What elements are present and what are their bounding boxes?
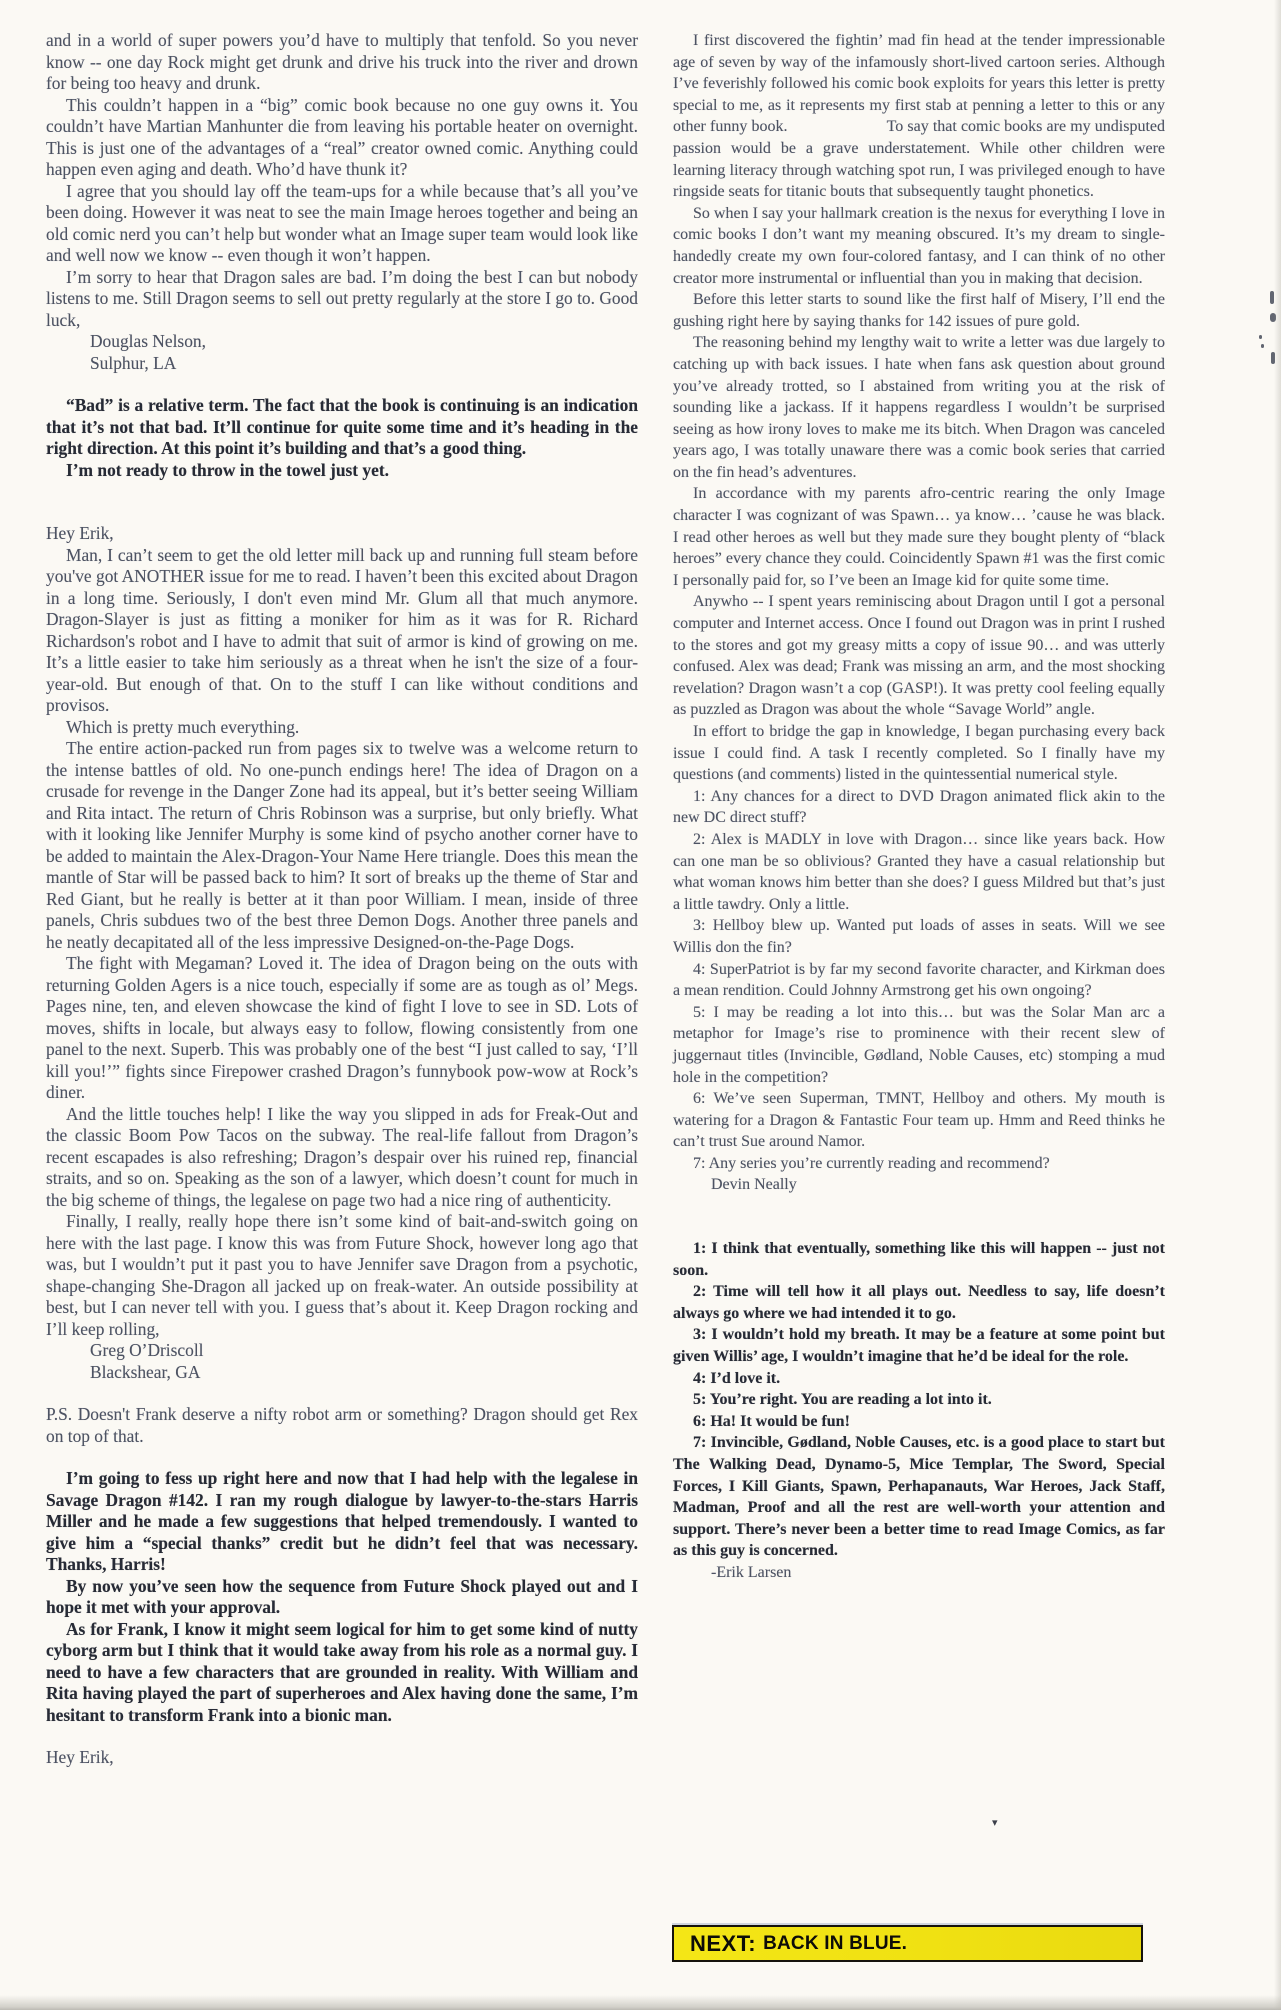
paragraph: 5: I may be reading a lot into this… but… — [673, 1002, 1165, 1088]
paragraph: The fight with Megaman? Loved it. The id… — [46, 953, 638, 1104]
paragraph: The reasoning behind my lengthy wait to … — [673, 332, 1165, 483]
paragraph: As for Frank, I know it might seem logic… — [46, 1619, 638, 1727]
paragraph: I’m sorry to hear that Dragon sales are … — [46, 267, 638, 332]
paragraph: By now you’ve seen how the sequence from… — [46, 1576, 638, 1619]
paragraph: In effort to bridge the gap in knowledge… — [673, 721, 1165, 786]
signature-line: Greg O’Driscoll — [46, 1340, 638, 1362]
paragraph: 6: We’ve seen Superman, TMNT, Hellboy an… — [673, 1088, 1165, 1153]
section-gap — [46, 1383, 638, 1404]
section-gap — [46, 1447, 638, 1468]
paragraph: I’m going to fess up right here and now … — [46, 1468, 638, 1576]
paragraph: Which is pretty much everything. — [46, 717, 638, 739]
left-text-column: and in a world of super powers you’d hav… — [46, 30, 638, 1769]
paragraph: Before this letter starts to sound like … — [673, 289, 1165, 332]
paragraph: “Bad” is a relative term. The fact that … — [46, 395, 638, 460]
paragraph: 7: Any series you’re currently reading a… — [673, 1153, 1165, 1175]
paragraph: Finally, I really, really hope there isn… — [46, 1211, 638, 1340]
paragraph: This couldn’t happen in a “big” comic bo… — [46, 95, 638, 181]
paragraph: 2: Time will tell how it all plays out. … — [673, 1281, 1165, 1324]
paragraph: 4: SuperPatriot is by far my second favo… — [673, 959, 1165, 1002]
paragraph: 3: Hellboy blew up. Wanted put loads of … — [673, 915, 1165, 958]
next-label: NEXT: — [690, 1931, 756, 1957]
paragraph: 6: Ha! It would be fun! — [673, 1411, 1165, 1433]
section-gap — [46, 481, 638, 523]
page-edge-right — [1274, 0, 1281, 2010]
paragraph: 4: I’d love it. — [673, 1368, 1165, 1390]
signature-line: Douglas Nelson, — [46, 331, 638, 353]
right-text-column: I first discovered the fightin’ mad fin … — [673, 30, 1165, 1584]
section-gap — [46, 374, 638, 395]
paragraph: So when I say your hallmark creation is … — [673, 203, 1165, 289]
paragraph: Man, I can’t seem to get the old letter … — [46, 545, 638, 717]
letters-page: and in a world of super powers you’d hav… — [0, 0, 1281, 2010]
paragraph: 2: Alex is MADLY in love with Dragon… si… — [673, 829, 1165, 915]
paragraph: Hey Erik, — [46, 1747, 638, 1769]
paragraph: 1: I think that eventually, something li… — [673, 1238, 1165, 1281]
end-of-column-mark: ▾ — [992, 1816, 998, 1829]
paragraph: I’m not ready to throw in the towel just… — [46, 460, 638, 482]
paragraph: I agree that you should lay off the team… — [46, 181, 638, 267]
paragraph: Hey Erik, — [46, 523, 638, 545]
paragraph: In accordance with my parents afro-centr… — [673, 483, 1165, 591]
paragraph: 3: I wouldn’t hold my breath. It may be … — [673, 1324, 1165, 1367]
signature-line: Blackshear, GA — [46, 1362, 638, 1384]
paragraph: 1: Any chances for a direct to DVD Drago… — [673, 786, 1165, 829]
paragraph: and in a world of super powers you’d hav… — [46, 30, 638, 95]
next-issue-title: BACK IN BLUE. — [763, 1933, 907, 1955]
signature-line: Sulphur, LA — [46, 353, 638, 375]
next-issue-banner: NEXT: BACK IN BLUE. — [672, 1925, 1143, 1962]
section-gap — [673, 1196, 1165, 1238]
page-edge-bottom — [0, 1995, 1281, 2010]
paragraph: 5: You’re right. You are reading a lot i… — [673, 1389, 1165, 1411]
paragraph: I first discovered the fightin’ mad fin … — [673, 30, 1165, 203]
paragraph: 7: Invincible, Gødland, Noble Causes, et… — [673, 1432, 1165, 1562]
paragraph: Anywho -- I spent years reminiscing abou… — [673, 591, 1165, 721]
ink-artifact — [1261, 344, 1264, 348]
paragraph: P.S. Doesn't Frank deserve a nifty robot… — [46, 1404, 638, 1447]
signature-line: -Erik Larsen — [673, 1562, 1165, 1584]
section-gap — [46, 1726, 638, 1747]
ink-artifact — [1259, 335, 1262, 339]
paragraph: The entire action-packed run from pages … — [46, 738, 638, 953]
signature-line: Devin Neally — [673, 1174, 1165, 1196]
paragraph: And the little touches help! I like the … — [46, 1104, 638, 1212]
